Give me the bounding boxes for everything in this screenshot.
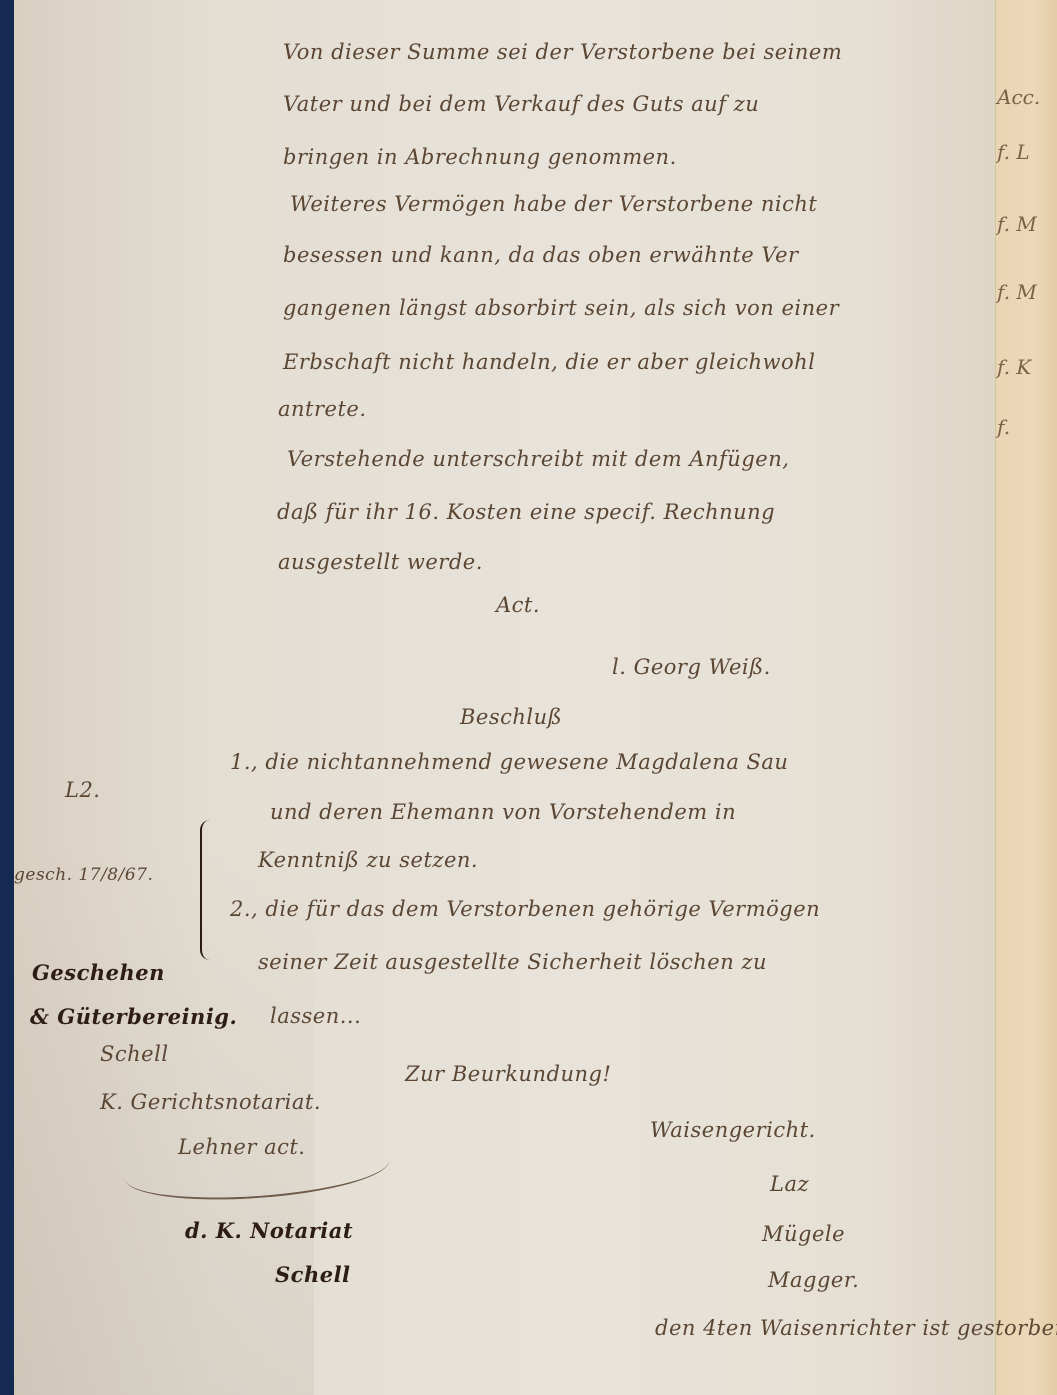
body-line: bringen in Abrechnung genommen. <box>283 145 677 169</box>
body-line: ausgestellt werde. <box>278 550 483 574</box>
resolution-item: Kenntniß zu setzen. <box>258 848 478 872</box>
witness-signature: l. Georg Weiß. <box>612 655 771 679</box>
resolution-brace-icon <box>200 820 218 960</box>
margin-note: Geschehen <box>32 960 165 985</box>
resolution-heading: Beschluß <box>460 705 562 729</box>
adjacent-page-fragment: f. L <box>997 140 1030 164</box>
resolution-item: und deren Ehemann von Vorstehendem in <box>270 800 736 824</box>
margin-note: d. K. Notariat <box>185 1218 353 1243</box>
body-line: antrete. <box>278 397 367 421</box>
body-line: Verstehende unterschreibt mit dem Anfüge… <box>287 447 789 471</box>
margin-note: Schell <box>275 1262 351 1287</box>
adjacent-page-fragment: f. M <box>997 280 1037 304</box>
margin-note: & Güterbereinig. <box>30 1004 237 1029</box>
body-line: Erbschaft nicht handeln, die er aber gle… <box>283 350 815 374</box>
adjacent-page-fragment: f. <box>997 415 1010 439</box>
body-line: Vater und bei dem Verkauf des Guts auf z… <box>283 92 759 116</box>
resolution-item: seiner Zeit ausgestellte Sicherheit lösc… <box>258 950 767 974</box>
margin-note: Schell <box>100 1042 169 1066</box>
body-line: Von dieser Summe sei der Verstorbene bei… <box>283 40 842 64</box>
resolution-item: 1., die nichtannehmend gewesene Magdalen… <box>230 750 788 774</box>
body-line: gangenen längst absorbirt sein, als sich… <box>283 296 839 320</box>
margin-note: K. Gerichtsnotariat. <box>100 1090 321 1114</box>
closing-formula: Zur Beurkundung! <box>405 1062 611 1086</box>
body-line: daß für ihr 16. Kosten eine specif. Rech… <box>277 500 775 524</box>
adjacent-page-fragment: f. K <box>997 355 1031 379</box>
adjacent-page-fragment: Acc. <box>997 85 1040 109</box>
body-line: Weiteres Vermögen habe der Verstorbene n… <box>290 192 817 216</box>
adjacent-page <box>995 0 1057 1395</box>
adjacent-page-fragment: f. M <box>997 212 1037 236</box>
body-line: besessen und kann, da das oben erwähnte … <box>283 243 799 267</box>
book-binding <box>0 0 14 1395</box>
resolution-item: 2., die für das dem Verstorbenen gehörig… <box>230 897 820 921</box>
signatory: Laz <box>770 1172 809 1196</box>
signatory: Mügele <box>762 1222 845 1246</box>
signatory: den 4ten Waisenrichter ist gestorben <box>655 1316 1057 1340</box>
margin-note: L2. <box>65 778 100 802</box>
margin-note: Lehner act. <box>178 1135 305 1159</box>
signatory: Magger. <box>768 1268 859 1292</box>
margin-note: gesch. 17/8/67. <box>14 865 153 885</box>
resolution-item: lassen... <box>270 1004 361 1028</box>
closing-act: Act. <box>496 593 540 617</box>
signatory: Waisengericht. <box>650 1118 816 1142</box>
